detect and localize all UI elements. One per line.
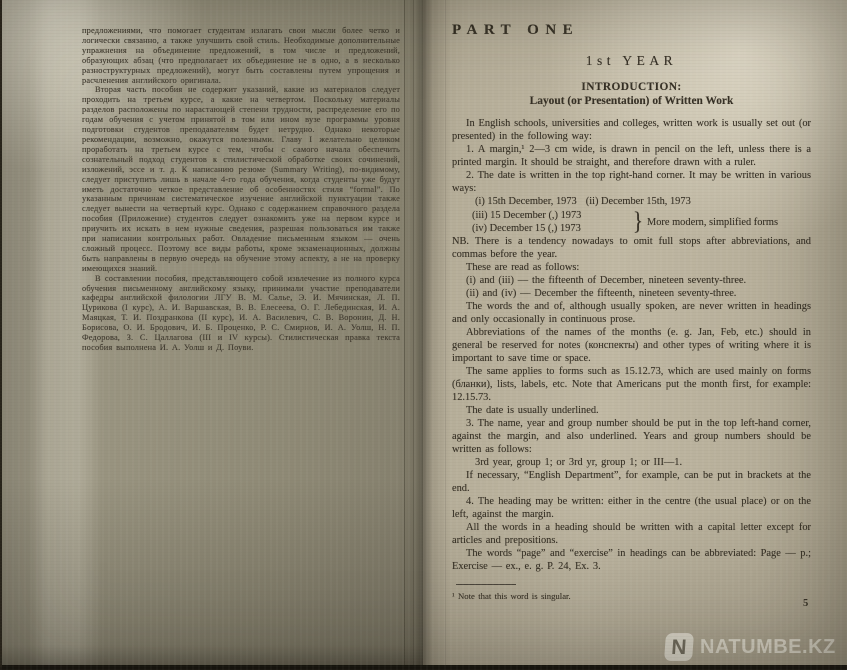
intro-heading: INTRODUCTION: [452, 81, 811, 94]
watermark-text: NATUMBE.KZ [700, 637, 836, 657]
page-number: 5 [803, 598, 808, 609]
paragraph: The words “page” and “exercise” in headi… [452, 547, 811, 573]
paragraph: The words the and of, although usually s… [452, 300, 811, 326]
part-heading: PART ONE [452, 24, 811, 37]
left-page: предложениями, что помогает студентам из… [2, 0, 423, 665]
paragraph: If necessary, “English Department”, for … [452, 469, 811, 495]
paragraph: In English schools, universities and col… [452, 117, 811, 143]
paragraph: 3rd year, group 1; or 3rd yr, group 1; o… [452, 456, 811, 469]
footnote-rule [456, 584, 516, 585]
brace-glyph: } [633, 215, 643, 228]
paragraph: Abbreviations of the names of the months… [452, 326, 811, 365]
paragraph: The same applies to forms such as 15.12.… [452, 365, 811, 404]
paragraph: All the words in a heading should be wri… [452, 521, 811, 547]
left-paragraph: В составлении пособия, представляющего с… [82, 274, 400, 353]
natumbe-logo-icon: N [664, 633, 694, 661]
date-example-ii: (ii) December 15th, 1973 [586, 195, 691, 208]
year-heading: 1st YEAR [452, 54, 811, 67]
right-page-text: PART ONE 1st YEAR INTRODUCTION: Layout (… [452, 18, 811, 603]
date-example-iv: (iv) December 15 (,) 1973 [472, 222, 630, 235]
photo-left-edge [0, 0, 2, 670]
intro-subheading: Layout (or Presentation) of Written Work [452, 95, 811, 108]
paragraph: (ii) and (iv) — December the fifteenth, … [452, 287, 811, 300]
footnote: ¹ Note that this word is singular. [452, 590, 811, 603]
paragraph: 3. The name, year and group number shoul… [452, 417, 811, 456]
watermark: N NATUMBE.KZ [665, 633, 836, 661]
paragraph: 1. A margin,¹ 2—3 cm wide, is drawn in p… [452, 143, 811, 169]
date-example-iii: (iii) 15 December (,) 1973 [472, 209, 630, 222]
book-photo: предложениями, что помогает студентам из… [0, 0, 847, 670]
paragraph: (i) and (iii) — the fifteenth of Decembe… [452, 274, 811, 287]
paragraph: 2. The date is written in the top right-… [452, 169, 811, 195]
date-example-i: (i) 15th December, 1973 [475, 195, 577, 208]
left-page-text: предложениями, что помогает студентам из… [82, 26, 400, 353]
left-paragraph: предложениями, что помогает студентам из… [82, 26, 400, 85]
paragraph: NB. There is a tendency nowadays to omit… [452, 235, 811, 261]
paragraph: 4. The heading may be written: either in… [452, 495, 811, 521]
brace-label: More modern, simplified forms [647, 214, 778, 229]
paragraph: These are read as follows: [452, 261, 811, 274]
date-brace-block: (iii) 15 December (,) 1973 (iv) December… [452, 208, 811, 235]
paragraph: The date is usually underlined. [452, 404, 811, 417]
date-example-line: (i) 15th December, 1973 (ii) December 15… [452, 195, 811, 208]
left-paragraph: Вторая часть пособия не содержит указани… [82, 85, 400, 273]
table-edge [0, 665, 847, 670]
